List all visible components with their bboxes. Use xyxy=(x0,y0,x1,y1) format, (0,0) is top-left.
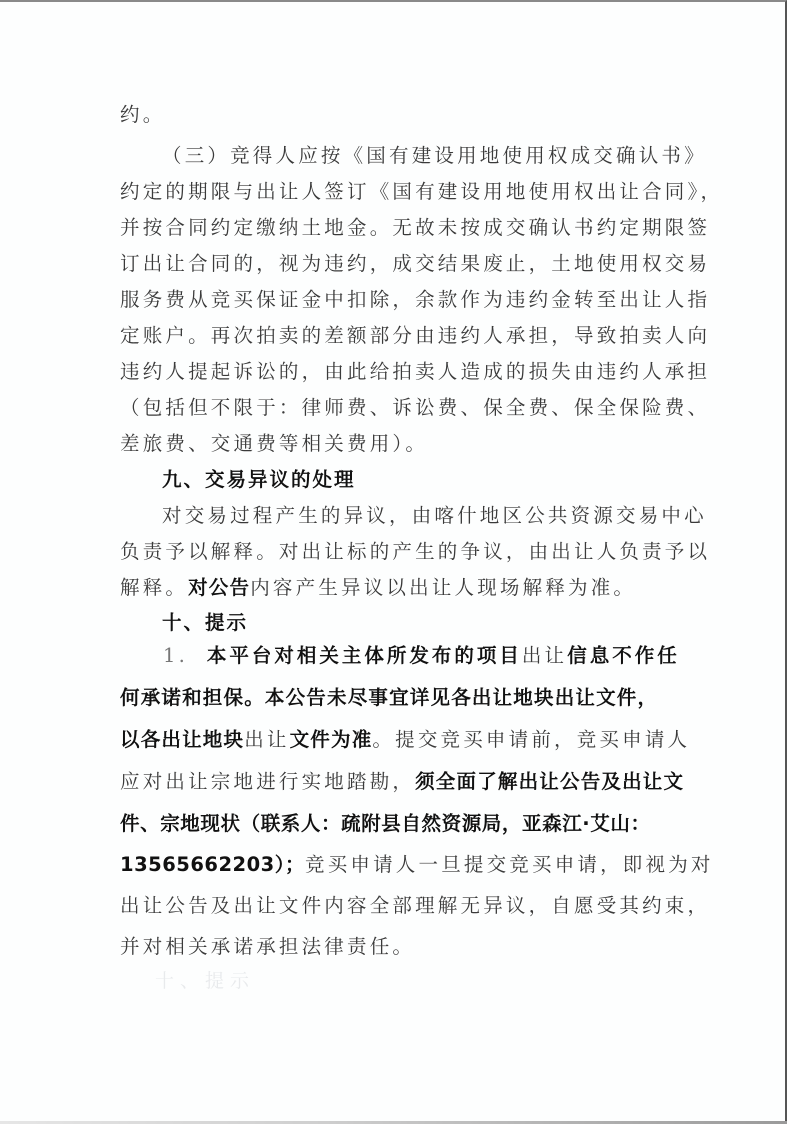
item-1-line: 以各出让地块出让文件为准。提交竞买申请前，竞买申请人 xyxy=(120,727,676,753)
bleed-through-text: 十、提示 xyxy=(155,966,255,993)
paragraph-3-line: （三）竞得人应按《国有建设用地使用权成交确认书》 xyxy=(162,143,718,169)
item-number: 1. xyxy=(163,644,188,667)
bold-span: 信息不作任 xyxy=(567,644,680,667)
item-1-line: 何承诺和担保。本公告未尽事宜详见各出让地块出让文件， xyxy=(120,685,676,711)
bold-span: 文件为准 xyxy=(290,728,373,751)
text-span: 内容产生异议以出让人现场解释为准。 xyxy=(250,576,636,599)
text-span: 竞买申请人一旦提交竞买申请，即视为对 xyxy=(305,853,714,876)
phone-number: 13565662203）； xyxy=(120,853,305,876)
section-10-heading: 十、提示 xyxy=(162,610,718,636)
item-1-line: 出让公告及出让文件内容全部理解无异议，自愿受其约束， xyxy=(120,893,676,919)
item-1-contact-line: 件、宗地现状（联系人：疏附县自然资源局，亚森江·艾山： xyxy=(120,811,676,837)
document-page: 约。 （三）竞得人应按《国有建设用地使用权成交确认书》 约定的期限与出让人签订《… xyxy=(0,0,787,1124)
text-line: 服务费从竞买保证金中扣除，余款作为违约金转至出让人指 xyxy=(120,287,676,313)
text-line: （包括但不限于：律师费、诉讼费、保全费、保全保险费、 xyxy=(120,395,676,421)
text-line: 差旅费、交通费等相关费用）。 xyxy=(120,431,676,457)
section-9-line: 对交易过程产生的异议，由喀什地区公共资源交易中心 xyxy=(162,503,718,529)
bold-span: 对公告 xyxy=(188,576,250,599)
text-span: 应对出让宗地进行实地踏勘， xyxy=(120,770,415,793)
text-span: 。提交竞买申请前，竞买申请人 xyxy=(372,728,690,751)
bold-span: 何承诺和担保。本公告未尽事宜详见各出让地块出让文件， xyxy=(120,686,658,709)
bold-span: 本平台对相关主体所发布的项目 xyxy=(207,644,522,667)
text-span: 出让 xyxy=(522,644,567,667)
section-9-line: 解释。对公告内容产生异议以出让人现场解释为准。 xyxy=(120,575,676,601)
item-1-line: 应对出让宗地进行实地踏勘，须全面了解出让公告及出让文 xyxy=(120,769,676,795)
bold-span: 以各出让地块 xyxy=(120,728,244,751)
item-1-line: 1. 本平台对相关主体所发布的项目出让信息不作任 xyxy=(163,643,719,669)
text-line: 订出让合同的，视为违约，成交结果废止，土地使用权交易 xyxy=(120,251,676,277)
bold-span: 须全面了解出让公告及出让文 xyxy=(415,770,684,793)
section-9-line: 负责予以解释。对出让标的产生的争议，由出让人负责予以 xyxy=(120,539,676,565)
text-line: 违约人提起诉讼的，由此给拍卖人造成的损失由违约人承担 xyxy=(120,359,676,385)
text-line: 定账户。再次拍卖的差额部分由违约人承担，导致拍卖人向 xyxy=(120,323,676,349)
text-line: 约定的期限与出让人签订《国有建设用地使用权出让合同》， xyxy=(120,179,676,205)
text-line: 约。 xyxy=(120,102,676,128)
section-9-heading: 九、交易异议的处理 xyxy=(162,467,718,493)
item-1-line: 并对相关承诺承担法律责任。 xyxy=(120,934,676,960)
contact-span: 件、宗地现状（联系人：疏附县自然资源局，亚森江·艾山： xyxy=(120,812,651,835)
item-1-line: 13565662203）；竞买申请人一旦提交竞买申请，即视为对 xyxy=(120,852,676,878)
text-span: 解释。 xyxy=(120,576,188,599)
text-span: 出让 xyxy=(244,728,289,751)
text-line: 并按合同约定缴纳土地金。无故未按成交确认书约定期限签 xyxy=(120,215,676,241)
